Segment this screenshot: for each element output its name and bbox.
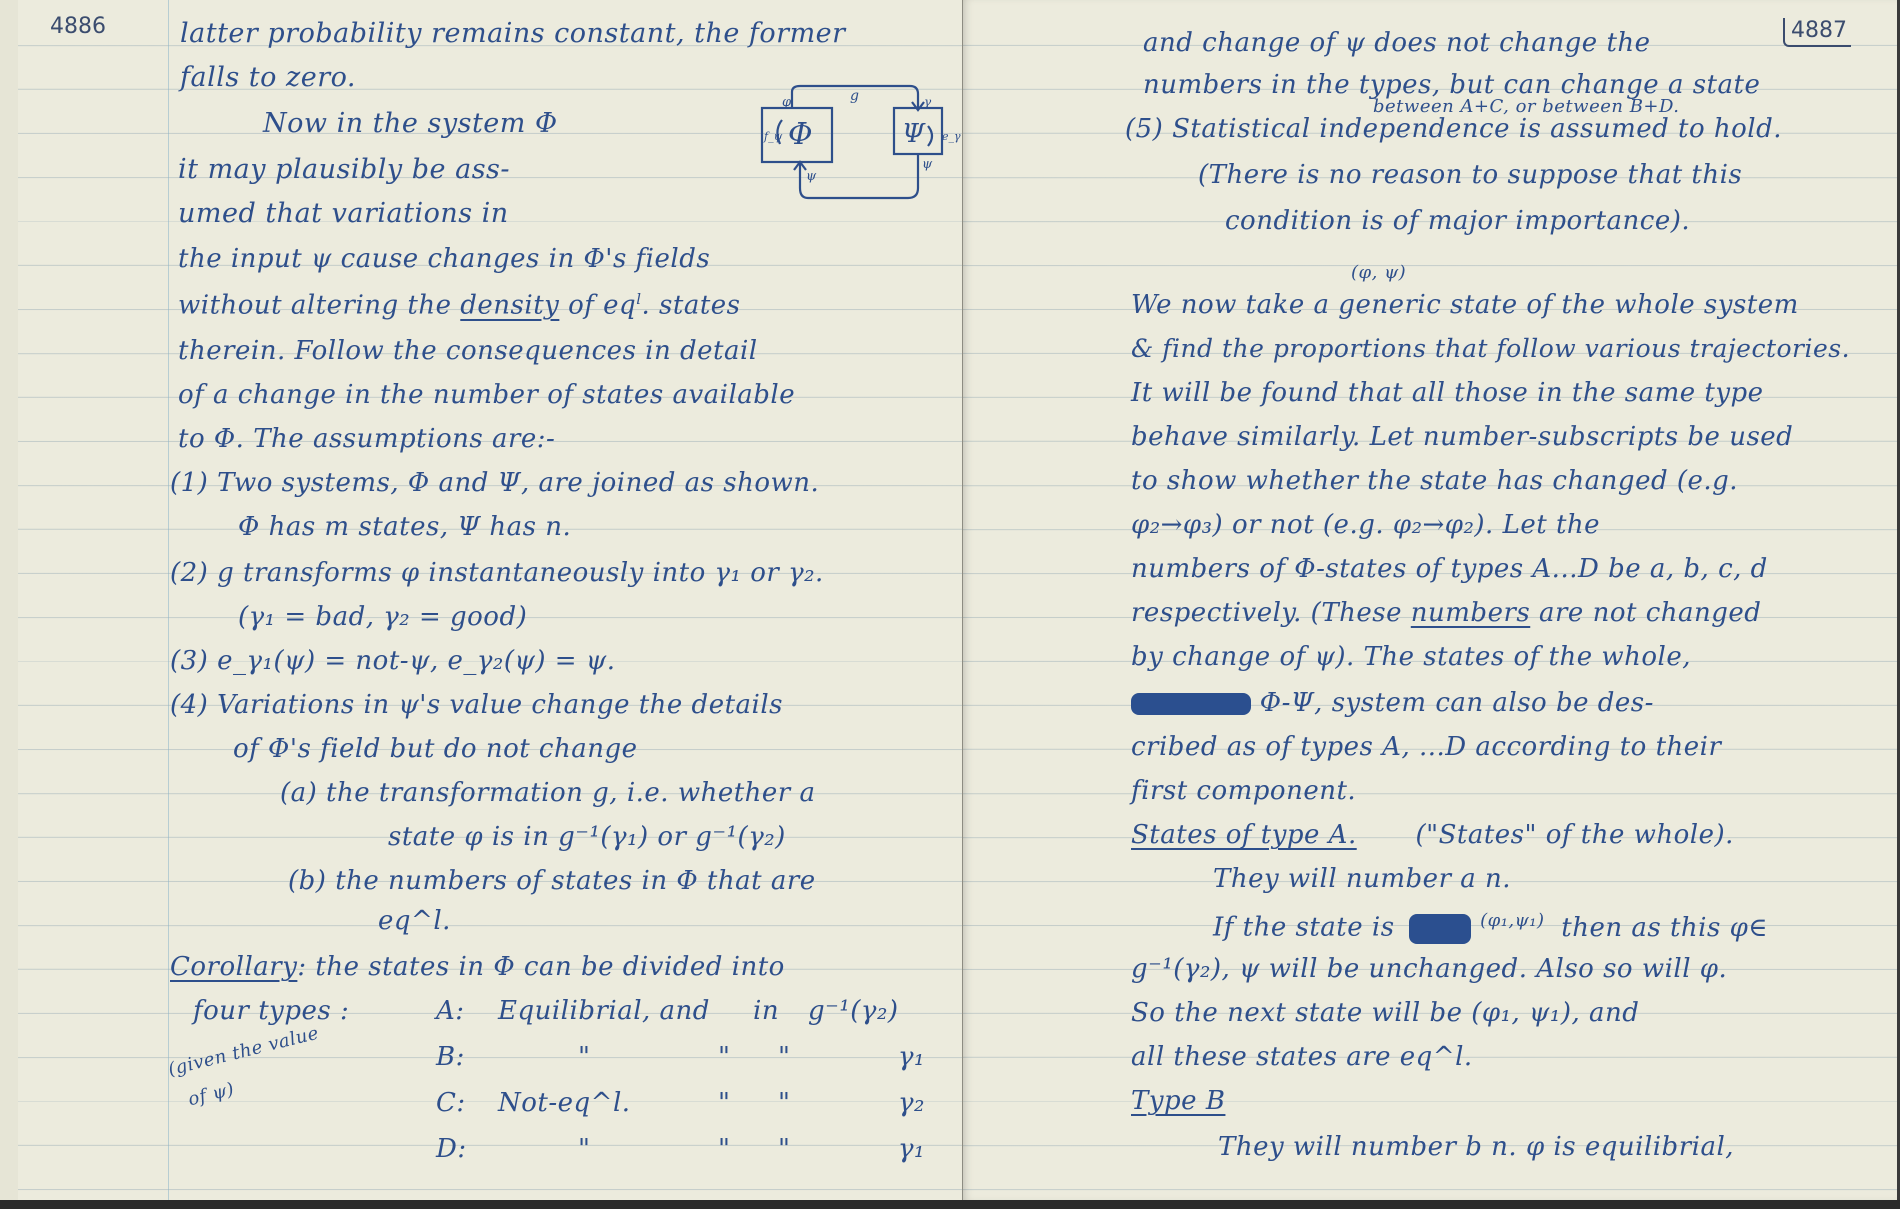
page-number-left: 4886: [50, 14, 106, 39]
crossed-out-scribble: [1409, 914, 1471, 944]
heading-type-b: Type B: [1131, 1086, 1225, 1116]
type-desc: ": [578, 1134, 590, 1164]
page-edge: [0, 0, 20, 1200]
type-in: ": [778, 1088, 790, 1118]
type-in: in: [753, 996, 779, 1026]
type-in: ": [778, 1134, 790, 1164]
side-note: of ψ): [186, 1079, 237, 1111]
text-span: ("States" of the whole).: [1415, 820, 1733, 850]
type-value: γ₂: [898, 1088, 925, 1118]
assumption-1: (1) Two systems, Φ and Ψ, are joined as …: [170, 468, 819, 498]
phi-psi-diagram: g φ f_ψ Φ Ψ γ e_γ ψ ψ: [752, 82, 962, 207]
text-line: φ₂→φ₃) or not (e.g. φ₂→φ₂). Let the: [1131, 510, 1600, 540]
corollary-intro: four types :: [193, 996, 349, 1026]
psi-out-label: ψ: [922, 157, 933, 172]
type-value: γ₁: [898, 1134, 925, 1164]
phi-box-label: Φ: [788, 117, 813, 152]
text-line: eq^l.: [378, 906, 451, 936]
text-line: by change of ψ). The states of the whole…: [1131, 642, 1691, 672]
text-line: therein. Follow the consequences in deta…: [178, 336, 758, 366]
text-line: We now take a generic state of the whole…: [1131, 290, 1799, 320]
crossed-out-scribble: [1131, 693, 1251, 715]
g-label: g: [850, 88, 859, 104]
notebook-spread: 4886 latter probability remains constant…: [0, 0, 1900, 1200]
text-line: They will number b n. φ is equilibrial,: [1218, 1132, 1734, 1162]
side-note: (given the value: [166, 1023, 321, 1081]
text-line: to show whether the state has changed (e…: [1131, 466, 1738, 496]
corollary-label: Corollary: [170, 952, 297, 982]
corollary-text: : the states in Φ can be divided into: [297, 952, 784, 982]
assumption-4: (4) Variations in ψ's value change the d…: [170, 690, 783, 720]
type-letter: B:: [436, 1042, 465, 1072]
text-line: & find the proportions that follow vario…: [1131, 334, 1850, 363]
text-line: Now in the system Φ: [263, 108, 558, 139]
f-label: f_ψ: [763, 130, 783, 143]
text-line: numbers of Φ-states of types A...D be a,…: [1131, 554, 1768, 584]
text-line: So the next state will be (φ₁, ψ₁), and: [1131, 998, 1639, 1028]
text-line: falls to zero.: [180, 62, 356, 93]
text-line: it may plausibly be ass-: [178, 154, 510, 185]
assumption-2: (2) g transforms φ instantaneously into …: [170, 558, 824, 588]
superscript-insertion: (φ₁,ψ₁): [1480, 910, 1544, 931]
heading-line: States of type A. ("States" of the whole…: [1131, 820, 1734, 850]
text-line: condition is of major importance).: [1225, 206, 1690, 236]
assumption-5: (5) Statistical independence is assumed …: [1125, 114, 1782, 144]
type-desc: Equilibrial, and: [498, 996, 710, 1026]
right-page: 4887 and change of ψ does not change the…: [963, 0, 1897, 1200]
type-ditto: ": [718, 1088, 730, 1118]
phi-out-label: φ: [782, 95, 792, 110]
assumption-3: (3) e_γ₁(ψ) = not-ψ, e_γ₂(ψ) = ψ.: [170, 646, 615, 676]
page-bottom-edge: [0, 1200, 1900, 1209]
text-line: of a change in the number of states avai…: [178, 380, 795, 410]
text-line: It will be found that all those in the s…: [1131, 378, 1764, 408]
text-line: (There is no reason to suppose that this: [1198, 160, 1742, 190]
margin-line: [168, 0, 169, 1200]
psi-box-label: Ψ: [902, 119, 926, 149]
insertion-phi-psi: (φ, ψ): [1351, 262, 1406, 283]
text-line: state φ is in g⁻¹(γ₁) or g⁻¹(γ₂): [388, 822, 786, 852]
text-line: the input ψ cause changes in Φ's fields: [178, 244, 710, 274]
text-line: Φ has m states, Ψ has n.: [238, 512, 571, 542]
text-line: umed that variations in: [178, 198, 509, 229]
text-span: Φ-Ψ, system can also be des-: [1260, 688, 1654, 718]
text-line: Φ-Ψ, system can also be des-: [1131, 688, 1654, 718]
e-gamma-label: e_γ: [942, 130, 961, 143]
system-diagram: g φ f_ψ Φ Ψ γ e_γ ψ ψ: [752, 82, 962, 207]
left-page: 4886 latter probability remains constant…: [18, 0, 963, 1200]
underlined-word: numbers: [1411, 598, 1530, 628]
psi-in-label: ψ: [806, 169, 817, 184]
type-desc: ": [578, 1042, 590, 1072]
text-line: (a) the transformation g, i.e. whether a: [280, 778, 815, 808]
text-line: behave similarly. Let number-subscripts …: [1131, 422, 1793, 452]
page-number-right: 4887: [1783, 18, 1851, 47]
text-span: without altering the: [178, 291, 460, 321]
heading-type-a: States of type A.: [1131, 820, 1357, 850]
text-line: to Φ. The assumptions are:-: [178, 424, 555, 454]
text-line: If the state is (φ₁,ψ₁) then as this φ∈: [1213, 910, 1768, 944]
text-line: of Φ's field but do not change: [233, 734, 638, 764]
text-line: all these states are eq^l.: [1131, 1042, 1473, 1072]
text-line: and change of ψ does not change the: [1143, 28, 1651, 58]
type-letter: A:: [436, 996, 465, 1026]
text-line: first component.: [1131, 776, 1356, 806]
type-ditto: ": [718, 1042, 730, 1072]
text-line: cribed as of types A, ...D according to …: [1131, 732, 1721, 762]
type-ditto: ": [718, 1134, 730, 1164]
text-line: respectively. (These numbers are not cha…: [1131, 598, 1761, 628]
gamma-in-label: γ: [924, 95, 932, 109]
text-span: If the state is: [1213, 913, 1395, 943]
corollary-line: Corollary: the states in Φ can be divide…: [170, 952, 785, 982]
type-in: ": [778, 1042, 790, 1072]
text-line: (b) the numbers of states in Φ that are: [288, 866, 816, 896]
type-desc: Not-eq^l.: [498, 1088, 631, 1118]
text-line: without altering the density of eql. sta…: [178, 290, 741, 321]
underlined-word: density: [460, 291, 559, 321]
text-line: They will number a n.: [1213, 864, 1511, 894]
type-letter: C:: [436, 1088, 466, 1118]
text-line: latter probability remains constant, the…: [180, 18, 846, 49]
text-line: g⁻¹(γ₂), ψ will be unchanged. Also so wi…: [1131, 954, 1727, 984]
type-value: γ₁: [898, 1042, 925, 1072]
type-value: g⁻¹(γ₂): [808, 996, 899, 1026]
type-letter: D:: [436, 1134, 467, 1164]
text-span: then as this φ∈: [1561, 913, 1768, 943]
text-line: (γ₁ = bad, γ₂ = good): [238, 602, 527, 632]
